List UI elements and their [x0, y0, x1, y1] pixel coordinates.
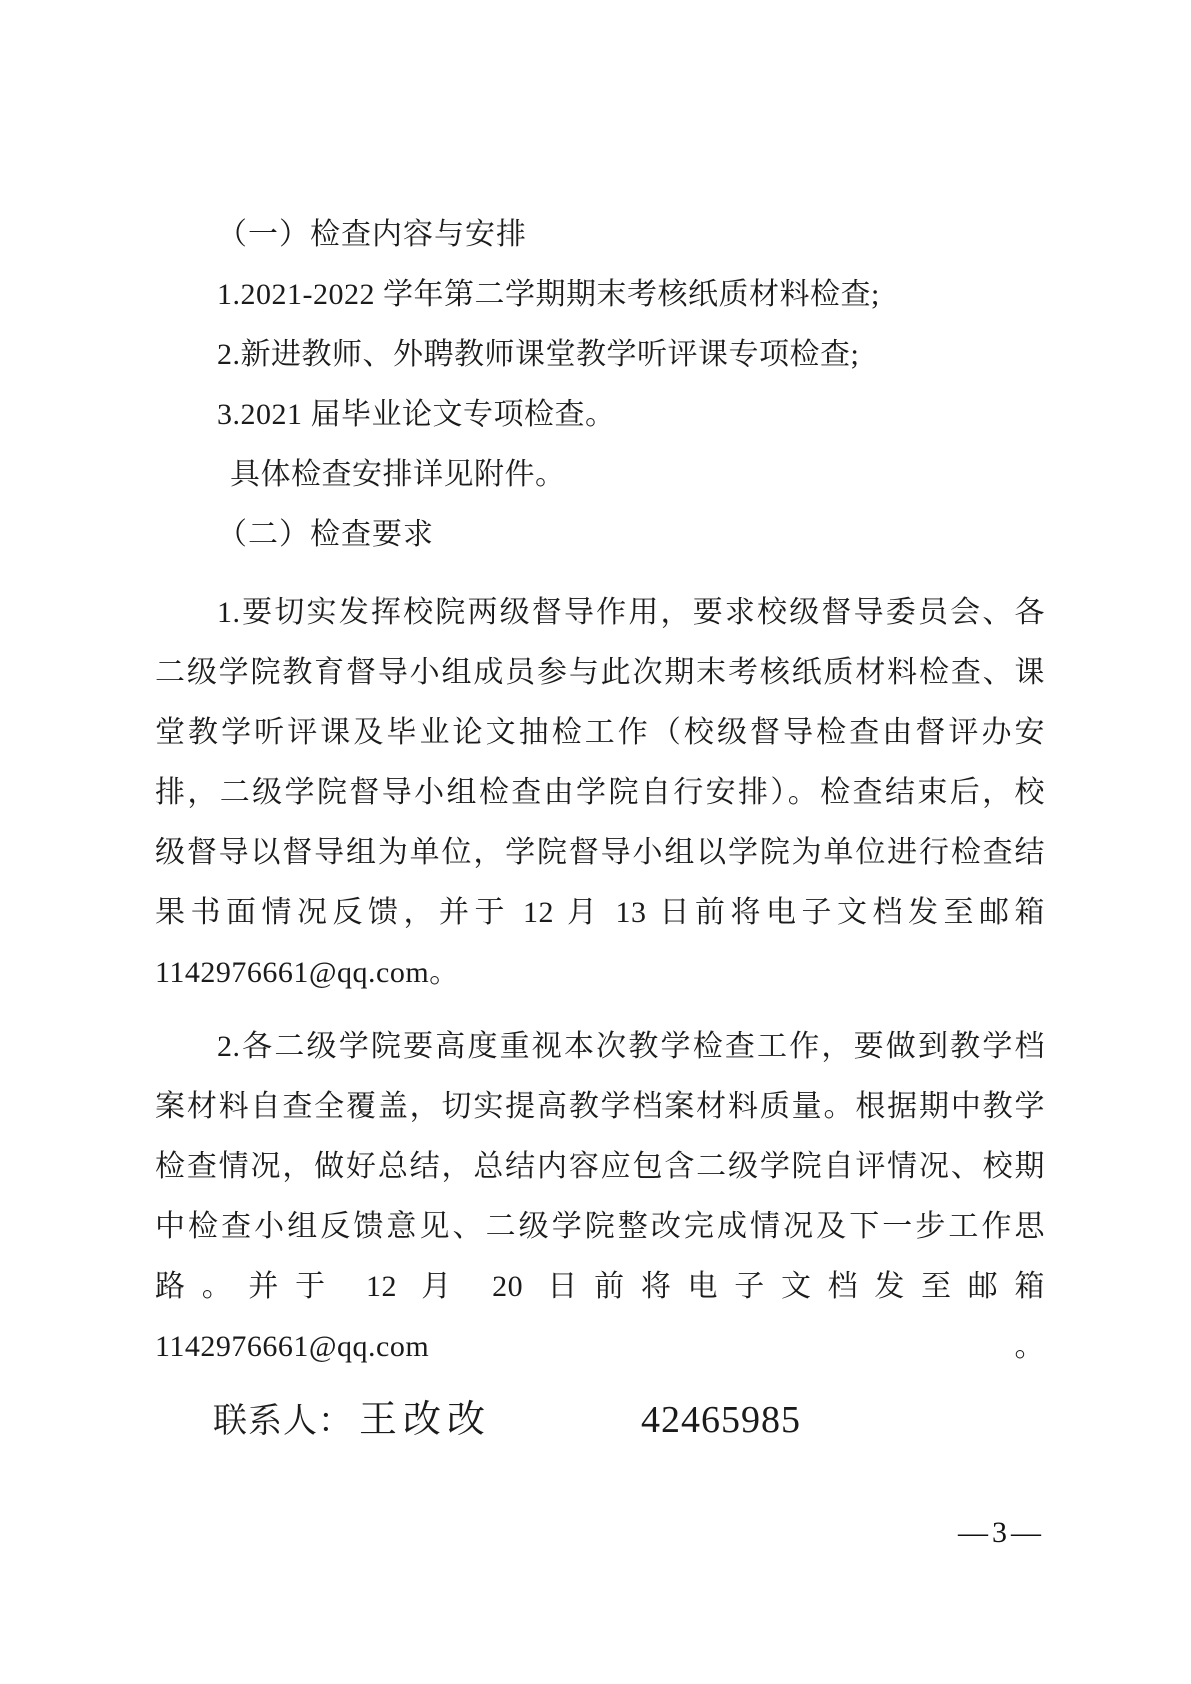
- paragraph-2-line-2: 案材料自查全覆盖，切实提高教学档案材料质量。根据期中教学: [155, 1077, 1045, 1137]
- paragraph-2-line-4: 中检查小组反馈意见、二级学院整改完成情况及下一步工作思: [155, 1197, 1045, 1257]
- paragraph-1-line-5: 级督导以督导组为单位，学院督导小组以学院为单位进行检查结: [155, 823, 1045, 883]
- paragraph-1-line-6: 果书面情况反馈，并于 12 月 13 日前将电子文档发至邮箱: [155, 883, 1045, 943]
- paragraph-1-line-4: 排，二级学院督导小组检查由学院自行安排）。检查结束后，校: [155, 763, 1045, 823]
- paragraph-1-line-1: 1.要切实发挥校院两级督导作用，要求校级督导委员会、各: [155, 583, 1045, 643]
- section-heading-1: （一）检查内容与安排: [155, 205, 1045, 265]
- paragraph-1-line-2: 二级学院教育督导小组成员参与此次期末考核纸质材料检查、课: [155, 643, 1045, 703]
- list-item-3: 3.2021 届毕业论文专项检查。: [155, 385, 1045, 445]
- list-item-2: 2.新进教师、外聘教师课堂教学听评课专项检查;: [155, 325, 1045, 385]
- paragraph-1: 1.要切实发挥校院两级督导作用，要求校级督导委员会、各 二级学院教育督导小组成员…: [155, 583, 1045, 1003]
- contact-label: 联系人：: [213, 1392, 353, 1452]
- paragraph-2-line-5: 路。并于 12 月 20 日前将电子文档发至邮箱 1142976661@qq.c…: [155, 1257, 1045, 1377]
- section-heading-2: （二）检查要求: [155, 505, 1045, 565]
- paragraph-2: 2.各二级学院要高度重视本次教学检查工作，要做到教学档 案材料自查全覆盖，切实提…: [155, 1017, 1045, 1377]
- paragraph-1-line-3: 堂教学听评课及毕业论文抽检工作（校级督导检查由督评办安: [155, 703, 1045, 763]
- document-page: （一）检查内容与安排 1.2021-2022 学年第二学期期末考核纸质材料检查;…: [0, 0, 1191, 1684]
- contact-name: 王改改: [359, 1390, 491, 1450]
- paragraph-2-line-1: 2.各二级学院要高度重视本次教学检查工作，要做到教学档: [155, 1017, 1045, 1077]
- note-line: 具体检查安排详见附件。: [155, 445, 1045, 505]
- paragraph-1-line-7-email: 1142976661@qq.com。: [155, 943, 1045, 1003]
- contact-line: 联系人： 王改改 42465985: [155, 1390, 1045, 1452]
- list-item-1: 1.2021-2022 学年第二学期期末考核纸质材料检查;: [155, 265, 1045, 325]
- contact-number: 42465985: [641, 1390, 801, 1450]
- paragraph-2-line-3: 检查情况，做好总结，总结内容应包含二级学院自评情况、校期: [155, 1137, 1045, 1197]
- document-body: （一）检查内容与安排 1.2021-2022 学年第二学期期末考核纸质材料检查;…: [0, 0, 1191, 1452]
- page-number: —3—: [958, 1513, 1045, 1553]
